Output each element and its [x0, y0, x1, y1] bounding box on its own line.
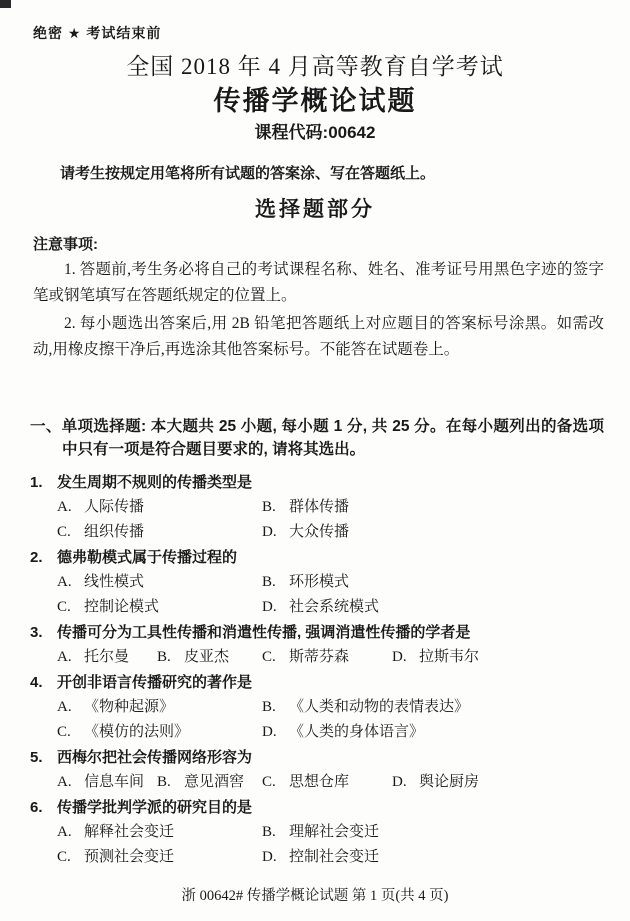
- question-1: 1.发生周期不规则的传播类型是 A.人际传播B.群体传播 C.组织传播D.大众传…: [0, 470, 630, 545]
- option-c: C.斯蒂芬森: [262, 645, 392, 670]
- option-text: 理解社会变迁: [289, 824, 379, 840]
- option-a: A.托尔曼: [57, 645, 157, 670]
- answer-instruction: 请考生按规定用笔将所有试题的答案涂、写在答题纸上。: [60, 164, 600, 184]
- option-a: A.解释社会变迁: [57, 820, 262, 845]
- option-d: D.舆论厨房: [392, 770, 479, 795]
- option-label: C.: [57, 595, 84, 620]
- option-a: A.人际传播: [57, 495, 262, 520]
- option-text: 托尔曼: [84, 649, 129, 665]
- question-2-options-row-2: C.控制论模式D.社会系统模式: [57, 595, 630, 620]
- option-label: B.: [262, 820, 289, 845]
- question-3-options-row-1: A.托尔曼B.皮亚杰C.斯蒂芬森D.拉斯韦尔: [57, 645, 630, 670]
- option-text: 控制论模式: [84, 599, 159, 615]
- option-label: D.: [262, 845, 289, 870]
- option-label: A.: [57, 495, 84, 520]
- option-label: A.: [57, 570, 84, 595]
- question-2-options-row-1: A.线性模式B.环形模式: [57, 570, 630, 595]
- option-c: C.预测社会变迁: [57, 845, 262, 870]
- question-text: 传播可分为工具性传播和消遣性传播, 强调消遣性传播的学者是: [57, 624, 470, 641]
- part-one-heading: 一、单项选择题: 本大题共 25 小题, 每小题 1 分, 共 25 分。在每小…: [30, 415, 604, 461]
- question-4-options-row-2: C.《模仿的法则》D.《人类的身体语言》: [57, 720, 630, 745]
- option-label: D.: [262, 720, 289, 745]
- option-text: 解释社会变迁: [84, 824, 174, 840]
- question-list: 1.发生周期不规则的传播类型是 A.人际传播B.群体传播 C.组织传播D.大众传…: [0, 470, 630, 870]
- option-label: B.: [157, 645, 184, 670]
- question-6-options-row-2: C.预测社会变迁D.控制社会变迁: [57, 845, 630, 870]
- option-c: C.控制论模式: [57, 595, 262, 620]
- paper-title: 传播学概论试题: [0, 85, 630, 118]
- question-number: 1.: [30, 470, 57, 495]
- option-text: 《人类的身体语言》: [289, 724, 424, 740]
- option-label: A.: [57, 770, 84, 795]
- option-text: 组织传播: [84, 524, 144, 540]
- option-text: 《物种起源》: [84, 699, 174, 715]
- option-label: C.: [57, 845, 84, 870]
- option-label: B.: [262, 695, 289, 720]
- option-text: 舆论厨房: [419, 774, 479, 790]
- option-d: D.拉斯韦尔: [392, 645, 479, 670]
- option-text: 《人类和动物的表情表达》: [289, 699, 469, 715]
- question-2: 2.德弗勒模式属于传播过程的 A.线性模式B.环形模式 C.控制论模式D.社会系…: [0, 545, 630, 620]
- question-4-stem: 4.开创非语言传播研究的著作是: [30, 670, 630, 695]
- question-number: 3.: [30, 620, 57, 645]
- option-label: D.: [392, 770, 419, 795]
- question-3-stem: 3.传播可分为工具性传播和消遣性传播, 强调消遣性传播的学者是: [30, 620, 630, 645]
- question-number: 5.: [30, 745, 57, 770]
- page-footer: 浙 00642# 传播学概论试题 第 1 页(共 4 页): [0, 887, 630, 906]
- option-b: B.《人类和动物的表情表达》: [262, 695, 469, 720]
- option-text: 社会系统模式: [289, 599, 379, 615]
- question-4: 4.开创非语言传播研究的著作是 A.《物种起源》B.《人类和动物的表情表达》 C…: [0, 670, 630, 745]
- option-label: C.: [262, 645, 289, 670]
- exam-paper-page: { "header": { "security_mark": "绝密 ★ 考试结…: [0, 0, 630, 921]
- option-label: D.: [262, 595, 289, 620]
- option-text: 预测社会变迁: [84, 849, 174, 865]
- question-1-stem: 1.发生周期不规则的传播类型是: [30, 470, 630, 495]
- option-text: 大众传播: [289, 524, 349, 540]
- option-label: A.: [57, 645, 84, 670]
- option-label: C.: [57, 720, 84, 745]
- option-b: B.皮亚杰: [157, 645, 262, 670]
- option-label: A.: [57, 820, 84, 845]
- option-c: C.思想仓库: [262, 770, 392, 795]
- option-label: C.: [57, 520, 84, 545]
- question-1-options-row-1: A.人际传播B.群体传播: [57, 495, 630, 520]
- option-c: C.《模仿的法则》: [57, 720, 262, 745]
- option-text: 拉斯韦尔: [419, 649, 479, 665]
- option-text: 群体传播: [289, 499, 349, 515]
- scan-artifact: [0, 0, 11, 8]
- course-code: 课程代码:00642: [0, 122, 630, 144]
- question-number: 6.: [30, 795, 57, 820]
- question-number: 4.: [30, 670, 57, 695]
- option-text: 意见酒窖: [184, 774, 244, 790]
- exam-session-title: 全国 2018 年 4 月高等教育自学考试: [0, 52, 630, 82]
- option-a: A.线性模式: [57, 570, 262, 595]
- option-d: D.大众传播: [262, 520, 349, 545]
- option-text: 《模仿的法则》: [84, 724, 189, 740]
- notes-heading: 注意事项:: [33, 235, 630, 255]
- option-label: C.: [262, 770, 289, 795]
- question-text: 发生周期不规则的传播类型是: [57, 474, 252, 491]
- option-text: 信息车间: [84, 774, 144, 790]
- question-4-options-row-1: A.《物种起源》B.《人类和动物的表情表达》: [57, 695, 630, 720]
- question-1-options-row-2: C.组织传播D.大众传播: [57, 520, 630, 545]
- option-text: 控制社会变迁: [289, 849, 379, 865]
- option-text: 思想仓库: [289, 774, 349, 790]
- question-text: 开创非语言传播研究的著作是: [57, 674, 252, 691]
- option-label: B.: [262, 495, 289, 520]
- option-a: A.《物种起源》: [57, 695, 262, 720]
- option-b: B.环形模式: [262, 570, 349, 595]
- option-c: C.组织传播: [57, 520, 262, 545]
- question-2-stem: 2.德弗勒模式属于传播过程的: [30, 545, 630, 570]
- option-b: B.理解社会变迁: [262, 820, 379, 845]
- option-label: D.: [262, 520, 289, 545]
- option-d: D.社会系统模式: [262, 595, 379, 620]
- option-text: 皮亚杰: [184, 649, 229, 665]
- option-label: B.: [262, 570, 289, 595]
- question-text: 德弗勒模式属于传播过程的: [57, 549, 237, 566]
- note-item-1: 1. 答题前,考生务必将自己的考试课程名称、姓名、准考证号用黑色字迹的签字笔或钢…: [33, 257, 604, 309]
- option-b: B.意见酒窖: [157, 770, 262, 795]
- question-6-options-row-1: A.解释社会变迁B.理解社会变迁: [57, 820, 630, 845]
- option-d: D.《人类的身体语言》: [262, 720, 424, 745]
- question-text: 西梅尔把社会传播网络形容为: [57, 749, 252, 766]
- question-text: 传播学批判学派的研究目的是: [57, 799, 252, 816]
- option-text: 人际传播: [84, 499, 144, 515]
- option-label: B.: [157, 770, 184, 795]
- option-label: A.: [57, 695, 84, 720]
- note-item-2: 2. 每小题选出答案后,用 2B 铅笔把答题纸上对应题目的答案标号涂黑。如需改动…: [33, 311, 604, 363]
- question-6-stem: 6.传播学批判学派的研究目的是: [30, 795, 630, 820]
- option-a: A.信息车间: [57, 770, 157, 795]
- question-5-stem: 5.西梅尔把社会传播网络形容为: [30, 745, 630, 770]
- option-text: 环形模式: [289, 574, 349, 590]
- option-text: 线性模式: [84, 574, 144, 590]
- option-b: B.群体传播: [262, 495, 349, 520]
- question-5: 5.西梅尔把社会传播网络形容为 A.信息车间B.意见酒窖C.思想仓库D.舆论厨房: [0, 745, 630, 795]
- option-text: 斯蒂芬森: [289, 649, 349, 665]
- question-6: 6.传播学批判学派的研究目的是 A.解释社会变迁B.理解社会变迁 C.预测社会变…: [0, 795, 630, 870]
- question-3: 3.传播可分为工具性传播和消遣性传播, 强调消遣性传播的学者是 A.托尔曼B.皮…: [0, 620, 630, 670]
- option-label: D.: [392, 645, 419, 670]
- question-number: 2.: [30, 545, 57, 570]
- question-5-options-row-1: A.信息车间B.意见酒窖C.思想仓库D.舆论厨房: [57, 770, 630, 795]
- option-d: D.控制社会变迁: [262, 845, 379, 870]
- section-title: 选择题部分: [0, 197, 630, 223]
- security-classification: 绝密 ★ 考试结束前: [33, 23, 630, 43]
